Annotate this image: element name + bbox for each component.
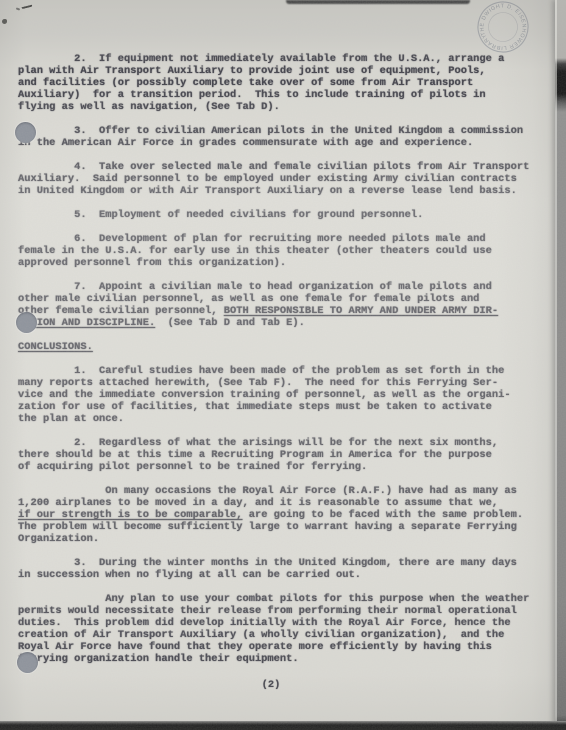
text-segment: 1. Careful studies have been made of the… <box>18 365 504 377</box>
stamp-text: THE DWIGHT D. EISENHOWER LIBRARY <box>472 0 534 58</box>
text-line: other male civilian personnel, as well a… <box>18 293 558 305</box>
conclusion-2: 2. Regardless of what the arisings will … <box>18 437 558 473</box>
text-segment: flying as well as navigation, (See Tab D… <box>18 101 280 113</box>
ink-speck <box>16 7 20 10</box>
underlined-text: ECTION AND DISCIPLINE. <box>18 317 155 329</box>
text-segment: 3. During the winter months in the Unite… <box>18 557 517 569</box>
scan-artifact-right-edge <box>555 0 566 730</box>
text-line: other female civilian personnel, BOTH RE… <box>18 305 558 317</box>
punch-hole-top <box>15 122 36 143</box>
page-number: (2) <box>18 679 524 691</box>
ink-speck <box>2 19 7 24</box>
text-segment: Auxiliary. Said personnel to be employed… <box>18 173 517 185</box>
text-line: approved personnel from this organizatio… <box>18 257 558 269</box>
underlined-text: if our strength is to be comparable, <box>18 509 242 521</box>
punch-hole-middle <box>16 312 37 333</box>
document-text: 2. If equipment not immediately availabl… <box>18 53 558 665</box>
conclusion-3: 3. During the winter months in the Unite… <box>18 557 558 581</box>
conclusions-heading: CONCLUSIONS. <box>18 341 558 353</box>
text-line: Any plan to use your combat pilots for t… <box>18 593 558 605</box>
text-segment: creation of Air Transport Auxiliary (a w… <box>18 629 504 641</box>
conclusion-2-continued: On many occasions the Royal Air Force (R… <box>18 485 558 545</box>
text-line: 2. If equipment not immediately availabl… <box>18 53 558 65</box>
text-line: in United Kingdom or with Air Transport … <box>18 185 558 197</box>
text-segment: 6. Development of plan for recruiting mo… <box>18 233 486 245</box>
text-line: 5. Employment of needed civilians for gr… <box>18 209 558 221</box>
text-line: 2. Regardless of what the arisings will … <box>18 437 558 449</box>
scanned-document-page: THE DWIGHT D. EISENHOWER LIBRARY 2. If e… <box>0 0 566 730</box>
text-segment: 5. Employment of needed civilians for gr… <box>18 209 423 221</box>
text-segment: the plan at once. <box>18 413 124 425</box>
text-segment: permits would necessitate their release … <box>18 605 517 617</box>
text-line: many reports attached herewith, (See Tab… <box>18 377 558 389</box>
text-line: ferrying organization handle their equip… <box>18 653 558 665</box>
item-6: 6. Development of plan for recruiting mo… <box>18 233 558 269</box>
text-line: flying as well as navigation, (See Tab D… <box>18 101 558 113</box>
text-segment: On many occasions the Royal Air Force (R… <box>18 485 517 497</box>
text-segment: 4. Take over selected male and female ci… <box>18 161 529 173</box>
text-line: 4. Take over selected male and female ci… <box>18 161 558 173</box>
text-segment: plan with Air Transport Auxiliary to pro… <box>18 65 486 77</box>
text-segment: Any plan to use your combat pilots for t… <box>18 593 529 605</box>
underlined-text: CONCLUSIONS. <box>18 341 93 353</box>
text-line: the plan at once. <box>18 413 558 425</box>
text-segment: 2. Regardless of what the arisings will … <box>18 437 498 449</box>
item-7: 7. Appoint a civilian male to head organ… <box>18 281 558 329</box>
text-segment: Royal Air Force have found that they ope… <box>18 641 492 653</box>
text-segment: other female civilian personnel, <box>18 305 224 317</box>
text-line: 1. Careful studies have been made of the… <box>18 365 558 377</box>
item-5: 5. Employment of needed civilians for gr… <box>18 209 558 221</box>
text-segment: 7. Appoint a civilian male to head organ… <box>18 281 492 293</box>
text-segment: many reports attached herewith, (See Tab… <box>18 377 498 389</box>
text-segment: in United Kingdom or with Air Transport … <box>18 185 517 197</box>
text-segment: in the American Air Force in grades comm… <box>18 137 473 149</box>
item-2: 2. If equipment not immediately availabl… <box>18 53 558 113</box>
text-line: plan with Air Transport Auxiliary to pro… <box>18 65 558 77</box>
item-3: 3. Offer to civilian American pilots in … <box>18 125 558 149</box>
text-segment: ferrying organization handle their equip… <box>18 653 299 665</box>
text-segment: Auxiliary) for a transition period. This… <box>18 89 486 101</box>
text-segment: approved personnel from this organizatio… <box>18 257 286 269</box>
conclusion-1: 1. Careful studies have been made of the… <box>18 365 558 425</box>
scan-artifact-top-edge <box>286 0 470 4</box>
punch-hole-bottom <box>17 652 38 673</box>
underlined-text: BOTH RESPONSIBLE TO ARMY AND UNDER ARMY … <box>224 305 498 317</box>
text-line: creation of Air Transport Auxiliary (a w… <box>18 629 558 641</box>
text-line: permits would necessitate their release … <box>18 605 558 617</box>
text-segment: duties. This problem did develop initial… <box>18 617 511 629</box>
text-segment: (See Tab D and Tab E). <box>155 317 305 329</box>
text-segment: female in the U.S.A. for early use in th… <box>18 245 492 257</box>
text-line: On many occasions the Royal Air Force (R… <box>18 485 558 497</box>
text-line: of acquiring pilot personnel to be train… <box>18 461 558 473</box>
text-line: The problem will become sufficiently lar… <box>18 521 558 533</box>
text-line: 3. Offer to civilian American pilots in … <box>18 125 558 137</box>
text-line: in succession when no flying at all can … <box>18 569 558 581</box>
text-line: 1,200 airplanes to be moved in a day, an… <box>18 497 558 509</box>
text-line: zation for use of facilities, that immed… <box>18 401 558 413</box>
text-line: in the American Air Force in grades comm… <box>18 137 558 149</box>
text-line: if our strength is to be comparable, are… <box>18 509 558 521</box>
ink-speck <box>20 1 32 9</box>
text-line: and facilities (or possibly complete tak… <box>18 77 558 89</box>
text-segment: Organization. <box>18 533 99 545</box>
text-segment: of acquiring pilot personnel to be train… <box>18 461 367 473</box>
paper-edge-highlight <box>555 0 557 730</box>
conclusion-3-continued: Any plan to use your combat pilots for t… <box>18 593 558 665</box>
text-line: Organization. <box>18 533 558 545</box>
text-line: 6. Development of plan for recruiting mo… <box>18 233 558 245</box>
text-segment: 2. If equipment not immediately availabl… <box>18 53 504 65</box>
text-line: Auxiliary) for a transition period. This… <box>18 89 558 101</box>
text-segment: zation for use of facilities, that immed… <box>18 401 492 413</box>
text-segment: in succession when no flying at all can … <box>18 569 361 581</box>
text-line: there should be at this time a Recruitin… <box>18 449 558 461</box>
text-segment: other male civilian personnel, as well a… <box>18 293 479 305</box>
text-line: ECTION AND DISCIPLINE. (See Tab D and Ta… <box>18 317 558 329</box>
text-line: 7. Appoint a civilian male to head organ… <box>18 281 558 293</box>
text-segment: are going to be faced with the same prob… <box>242 509 523 521</box>
text-line: vice and the immediate conversion traini… <box>18 389 558 401</box>
text-segment: and facilities (or possibly complete tak… <box>18 77 473 89</box>
scan-artifact-bottom-edge <box>0 721 566 730</box>
text-line: female in the U.S.A. for early use in th… <box>18 245 558 257</box>
text-segment: there should be at this time a Recruitin… <box>18 449 492 461</box>
text-line: 3. During the winter months in the Unite… <box>18 557 558 569</box>
text-line: CONCLUSIONS. <box>18 341 558 353</box>
text-segment: 1,200 airplanes to be moved in a day, an… <box>18 497 498 509</box>
text-line: Auxiliary. Said personnel to be employed… <box>18 173 558 185</box>
text-segment: 3. Offer to civilian American pilots in … <box>18 125 523 137</box>
item-4: 4. Take over selected male and female ci… <box>18 161 558 197</box>
text-segment: vice and the immediate conversion traini… <box>18 389 511 401</box>
text-segment: The problem will become sufficiently lar… <box>18 521 517 533</box>
svg-text:THE DWIGHT D. EISENHOWER LIBRA: THE DWIGHT D. EISENHOWER LIBRARY <box>472 0 534 58</box>
text-line: Royal Air Force have found that they ope… <box>18 641 558 653</box>
text-line: duties. This problem did develop initial… <box>18 617 558 629</box>
